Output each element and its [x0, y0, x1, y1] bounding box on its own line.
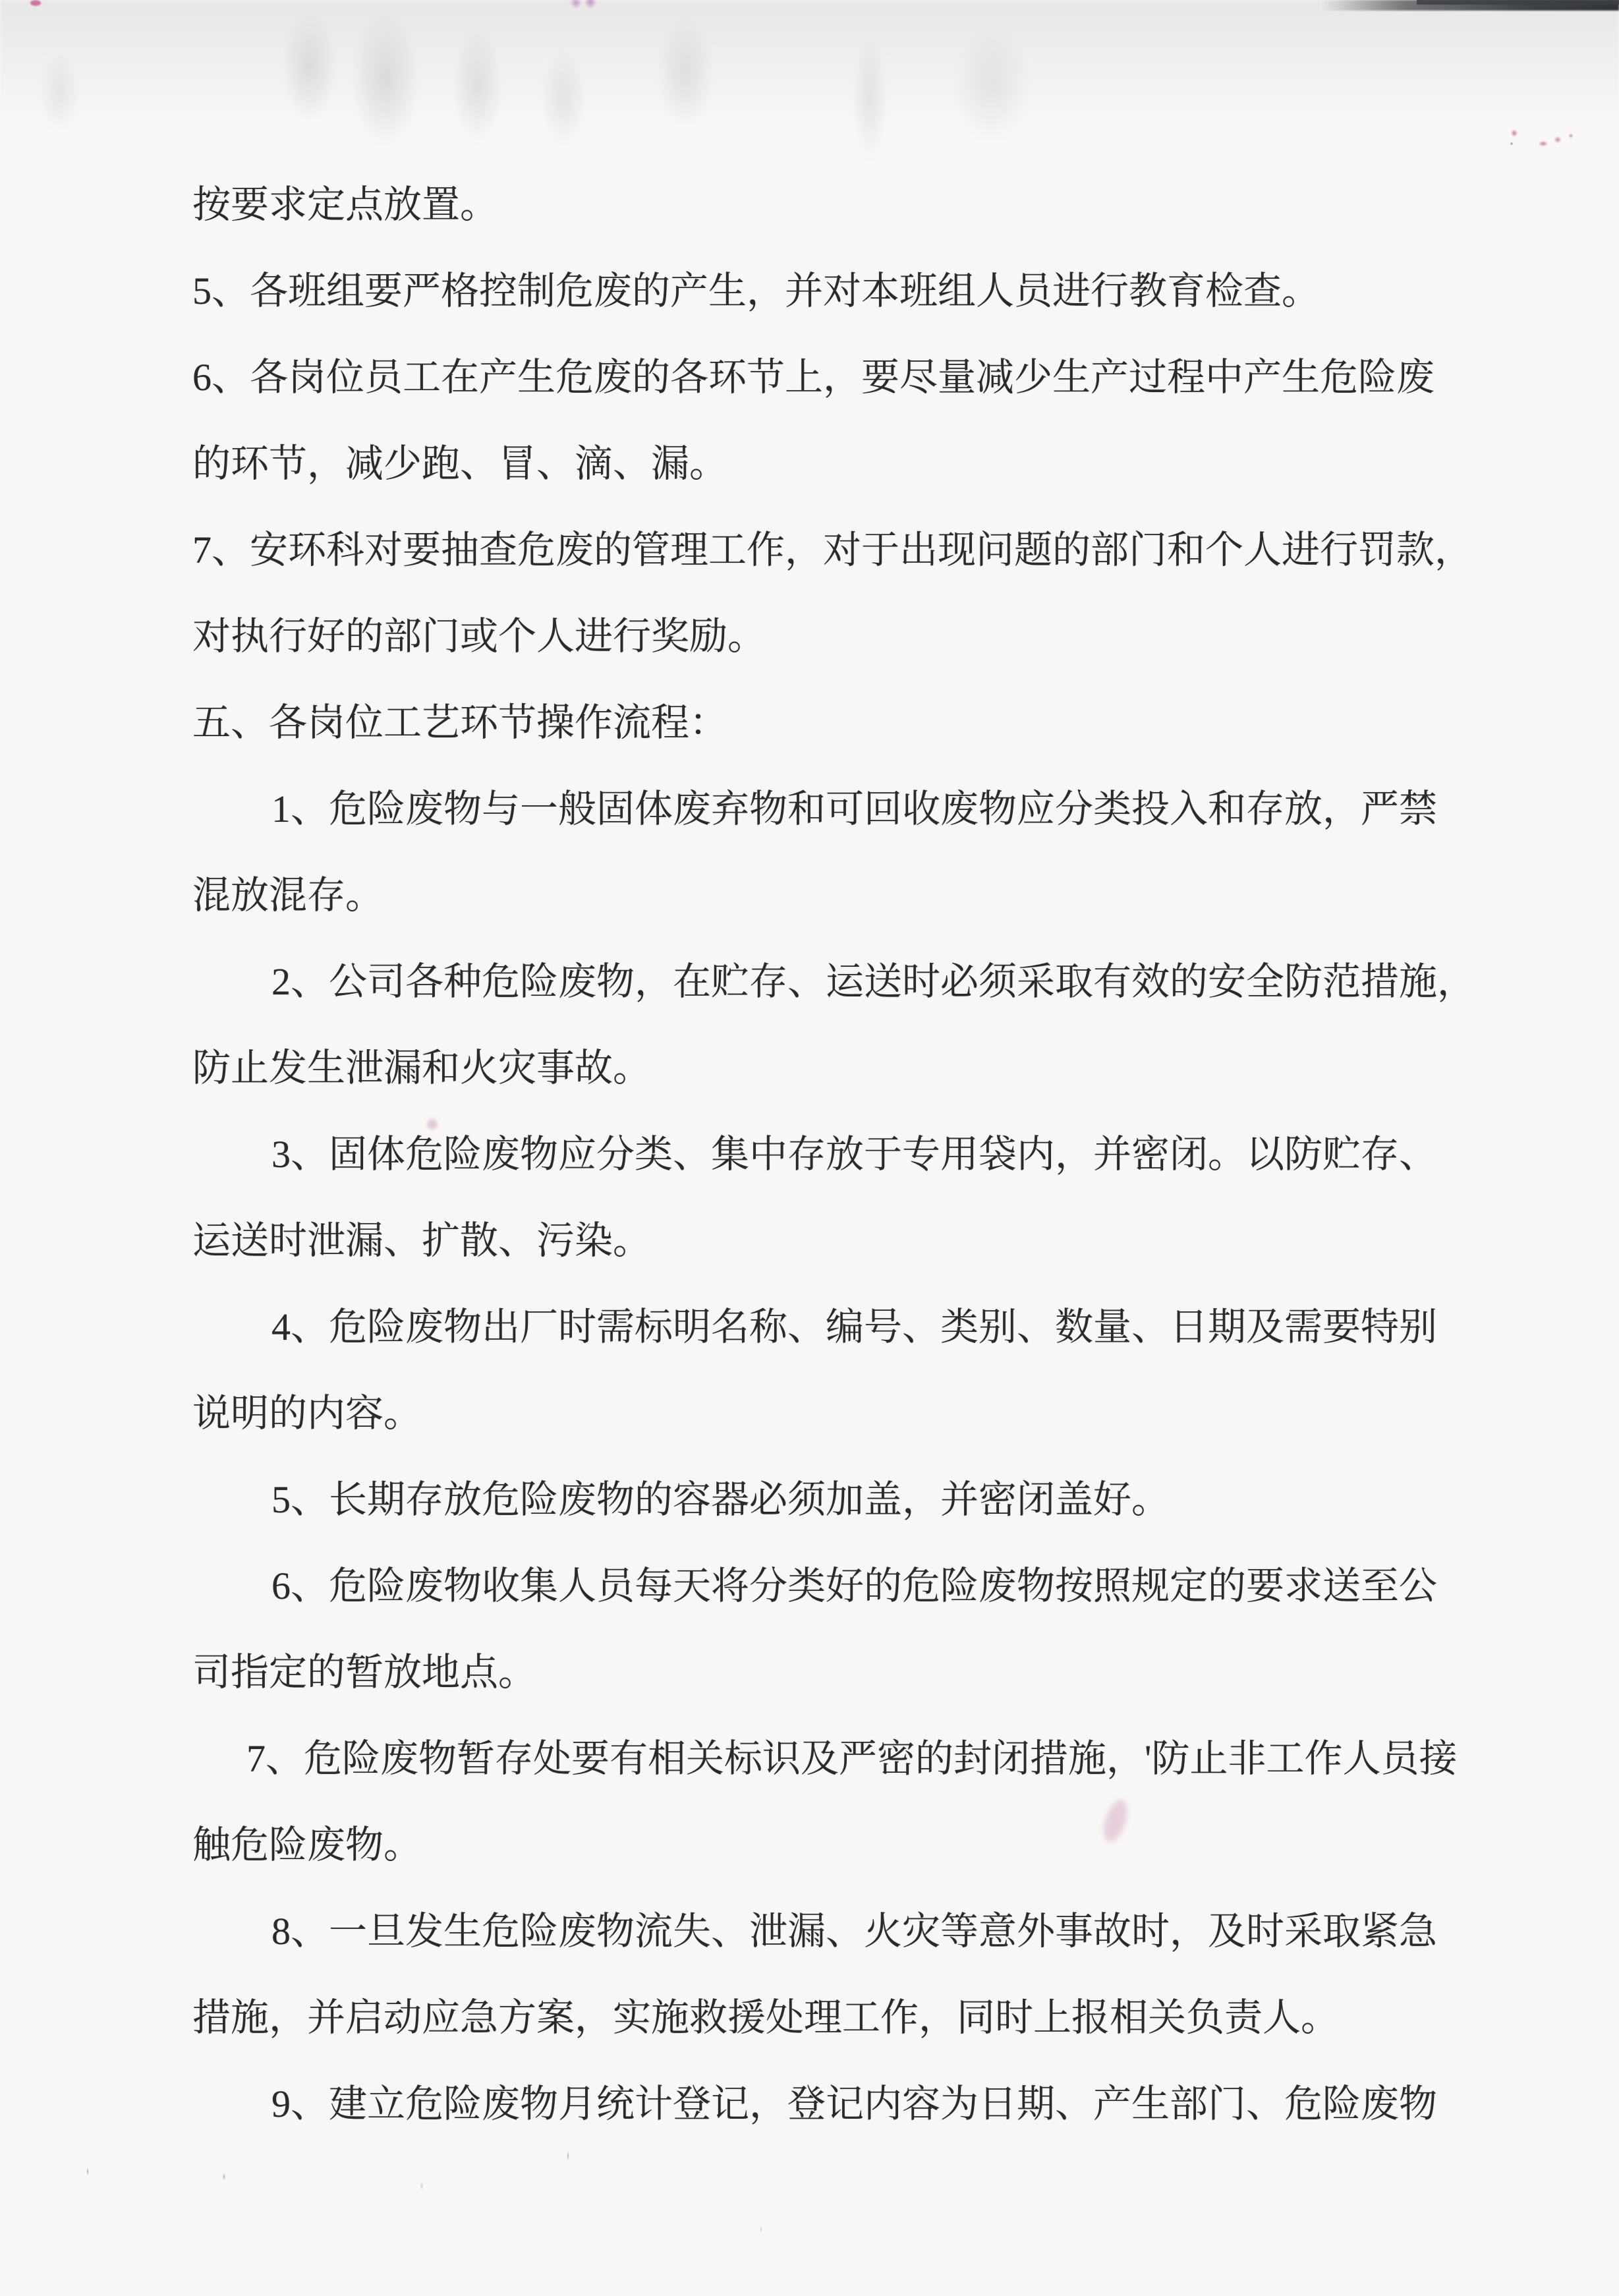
dust-specks [0, 2145, 1619, 2251]
scan-smudge-band [0, 0, 1619, 198]
text-line: 措施，并启动应急方案，实施救援处理工作，同时上报相关负责人。 [192, 1996, 1339, 2040]
text-line: 混放混存。 [192, 874, 383, 918]
text-line: 9、建立危险废物月统计登记，登记内容为日期、产生部门、危险废物 [271, 2082, 1437, 2127]
text-line: 7、安环科对要抽查危废的管理工作，对于出现问题的部门和个人进行罚款， [192, 529, 1473, 573]
text-line: 6、各岗位员工在产生危废的各环节上，要尽量减少生产过程中产生危险废 [192, 356, 1434, 400]
pink-ink-speck [30, 0, 41, 6]
magenta-ink-mark [567, 0, 601, 13]
text-line: 防止发生泄漏和火灾事故。 [192, 1047, 651, 1091]
text-line: 7、危险废物暂存处要有相关标识及严密的封闭措施，'防止非工作人员接 [246, 1737, 1457, 1781]
text-line: 8、一旦发生危险废物流失、泄漏、火灾等意外事故时，及时采取紧急 [271, 1910, 1437, 1954]
scan-edge-line [1417, 0, 1619, 5]
scanned-document-page: 按要求定点放置。5、各班组要严格控制危废的产生，并对本班组人员进行教育检查。6、… [0, 0, 1619, 2296]
text-line: 说明的内容。 [192, 1392, 422, 1436]
text-line: 运送时泄漏、扩散、污染。 [192, 1219, 651, 1263]
text-line: 的环节，减少跑、冒、滴、漏。 [192, 442, 727, 486]
text-line: 6、危险废物收集人员每天将分类好的危险废物按照规定的要求送至公 [271, 1564, 1437, 1609]
pink-ink-dot [427, 1119, 438, 1130]
text-line: 2、公司各种危险废物，在贮存、运送时必须采取有效的安全防范措施， [271, 960, 1475, 1004]
scan-edge-shadow [1321, 0, 1619, 11]
text-line: 5、各班组要严格控制危废的产生，并对本班组人员进行教育检查。 [192, 270, 1320, 314]
text-line: 对执行好的部门或个人进行奖励。 [192, 615, 766, 659]
text-line: 司指定的暂放地点。 [192, 1651, 536, 1695]
text-line: 4、危险废物出厂时需标明名称、编号、类别、数量、日期及需要特别 [271, 1306, 1437, 1350]
text-line: 五、各岗位工艺环节操作流程： [192, 701, 727, 745]
text-line: 5、长期存放危险废物的容器必须加盖，并密闭盖好。 [271, 1478, 1170, 1522]
pink-ink-smear [1100, 1797, 1132, 1845]
pink-ink-specks [1502, 124, 1581, 154]
text-line: 3、固体危险废物应分类、集中存放于专用袋内，并密闭。以防贮存、 [271, 1133, 1437, 1177]
text-line: 触危险废物。 [192, 1823, 422, 1868]
text-line: 1、危险废物与一般固体废弃物和可回收废物应分类投入和存放，严禁 [271, 788, 1437, 832]
text-line: 按要求定点放置。 [192, 183, 498, 227]
